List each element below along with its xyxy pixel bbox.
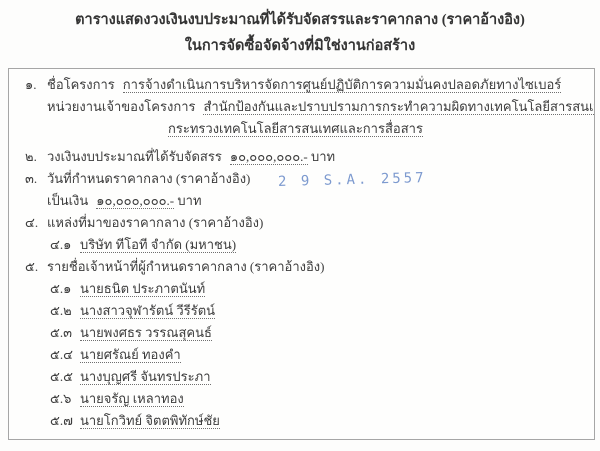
item-5-officers-header: ๕.รายชื่อเจ้าหน้าที่ผู้กำหนดราคากลาง (รา… <box>25 256 584 278</box>
document-header: ตารางแสดงวงเงินงบประมาณที่ได้รับจัดสรรแล… <box>0 0 600 59</box>
item-3-date-line: ๓.วันที่กำหนดราคากลาง (ราคาอ้างอิง)2 9 S… <box>25 168 584 190</box>
reference-unit: บาท <box>177 193 201 208</box>
item-5-label: รายชื่อเจ้าหน้าที่ผู้กำหนดราคากลาง (ราคา… <box>47 259 324 274</box>
officer-3-number: ๕.๓ <box>50 322 80 344</box>
budget-amount: ๑๐,๐๐๐,๐๐๐.- <box>230 149 308 165</box>
officer-2-number: ๕.๒ <box>50 300 80 322</box>
officer-row: ๕.๖นายจรัญ เหลาทอง <box>25 388 584 410</box>
agency-label: หน่วยงานเจ้าของโครงการ <box>47 99 195 114</box>
source-row: ๔.๑บริษัท ทีโอที จำกัด (มหาชน) <box>25 234 584 256</box>
officer-5-name: นางบุญศรี จันทรประภา <box>80 369 211 385</box>
agency-name-line2: กระทรวงเทคโนโลยีสารสนเทศและการสื่อสาร <box>168 121 423 137</box>
officer-row: ๕.๗นายโกวิทย์ จิตตพิทักษ์ชัย <box>25 410 584 432</box>
officer-2-name: นางสาวจุฬารัตน์ วีรีรัตน์ <box>80 303 215 319</box>
item-2-number: ๒. <box>25 146 47 168</box>
officer-1-name: นายธนิต ประภาตนันท์ <box>80 281 205 297</box>
officer-row: ๕.๑นายธนิต ประภาตนันท์ <box>25 278 584 300</box>
document-title-line1: ตารางแสดงวงเงินงบประมาณที่ได้รับจัดสรรแล… <box>0 7 600 33</box>
item-3-number: ๓. <box>25 168 47 190</box>
date-stamp: 2 9 S.A. 2557 <box>278 167 427 193</box>
officer-6-name: นายจรัญ เหลาทอง <box>80 391 184 407</box>
item-2-label: วงเงินงบประมาณที่ได้รับจัดสรร <box>47 149 222 164</box>
item-5-number: ๕. <box>25 256 47 278</box>
project-name: การจ้างดำเนินการบริหารจัดการศูนย์ปฏิบัติ… <box>123 77 562 93</box>
item-4-number: ๔. <box>25 212 47 234</box>
source-1-name: บริษัท ทีโอที จำกัด (มหาชน) <box>80 237 236 253</box>
officer-1-number: ๕.๑ <box>50 278 80 300</box>
officer-5-number: ๕.๕ <box>50 366 80 388</box>
item-4-source-header: ๔.แหล่งที่มาของราคากลาง (ราคาอ้างอิง) <box>25 212 584 234</box>
item-3-amount-line: เป็นเงิน๑๐,๐๐๐,๐๐๐.- บาท <box>25 190 584 212</box>
officer-row: ๕.๒นางสาวจุฬารัตน์ วีรีรัตน์ <box>25 300 584 322</box>
item-1-agency-line2: กระทรวงเทคโนโลยีสารสนเทศและการสื่อสาร <box>25 118 584 140</box>
agency-name-line1: สำนักป้องกันและปราบปรามการกระทำความผิดทา… <box>203 99 595 115</box>
item-3-label: วันที่กำหนดราคากลาง (ราคาอ้างอิง) <box>47 171 250 186</box>
item-4-label: แหล่งที่มาของราคากลาง (ราคาอ้างอิง) <box>47 215 263 230</box>
officer-7-number: ๕.๗ <box>50 410 80 432</box>
officer-row: ๕.๕นางบุญศรี จันทรประภา <box>25 366 584 388</box>
item-2-budget-line: ๒.วงเงินงบประมาณที่ได้รับจัดสรร๑๐,๐๐๐,๐๐… <box>25 146 584 168</box>
document-body-box: ๑.ชื่อโครงการการจ้างดำเนินการบริหารจัดกา… <box>8 68 595 440</box>
item-1-project-line: ๑.ชื่อโครงการการจ้างดำเนินการบริหารจัดกา… <box>25 74 584 96</box>
item-1-label: ชื่อโครงการ <box>47 77 115 92</box>
officer-6-number: ๕.๖ <box>50 388 80 410</box>
reference-amount: ๑๐,๐๐๐,๐๐๐.- <box>96 193 174 209</box>
officer-3-name: นายพงศธร วรรณสุคนธ์ <box>80 325 212 341</box>
officer-4-name: นายศรัณย์ ทองคำ <box>80 347 181 363</box>
officer-row: ๕.๓นายพงศธร วรรณสุคนธ์ <box>25 322 584 344</box>
amount-label: เป็นเงิน <box>47 193 88 208</box>
document-page: ตารางแสดงวงเงินงบประมาณที่ได้รับจัดสรรแล… <box>0 0 600 451</box>
item-1-agency-line: หน่วยงานเจ้าของโครงการสำนักป้องกันและปรา… <box>25 96 584 118</box>
officer-4-number: ๕.๔ <box>50 344 80 366</box>
document-title-line2: ในการจัดซื้อจัดจ้างที่มิใช่งานก่อสร้าง <box>0 33 600 59</box>
officer-row: ๕.๔นายศรัณย์ ทองคำ <box>25 344 584 366</box>
item-1-number: ๑. <box>25 74 47 96</box>
budget-unit: บาท <box>311 149 335 164</box>
source-1-number: ๔.๑ <box>50 234 80 256</box>
officer-7-name: นายโกวิทย์ จิตตพิทักษ์ชัย <box>80 413 220 429</box>
